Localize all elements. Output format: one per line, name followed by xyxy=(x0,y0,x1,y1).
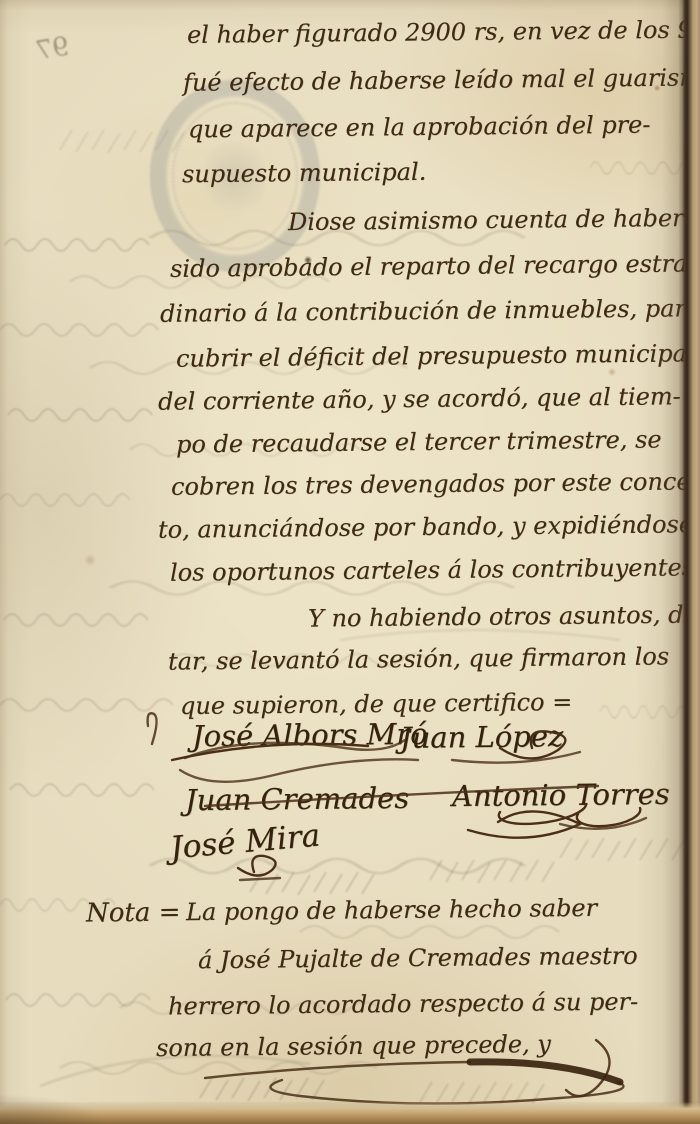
page-corner-shadow xyxy=(0,1080,120,1124)
signature-rubric-flourishes xyxy=(0,0,700,1124)
manuscript-page: 97 el haber figurado 2900 rs, en vez de … xyxy=(0,0,700,1124)
book-gutter-right-edge xyxy=(636,0,700,1124)
